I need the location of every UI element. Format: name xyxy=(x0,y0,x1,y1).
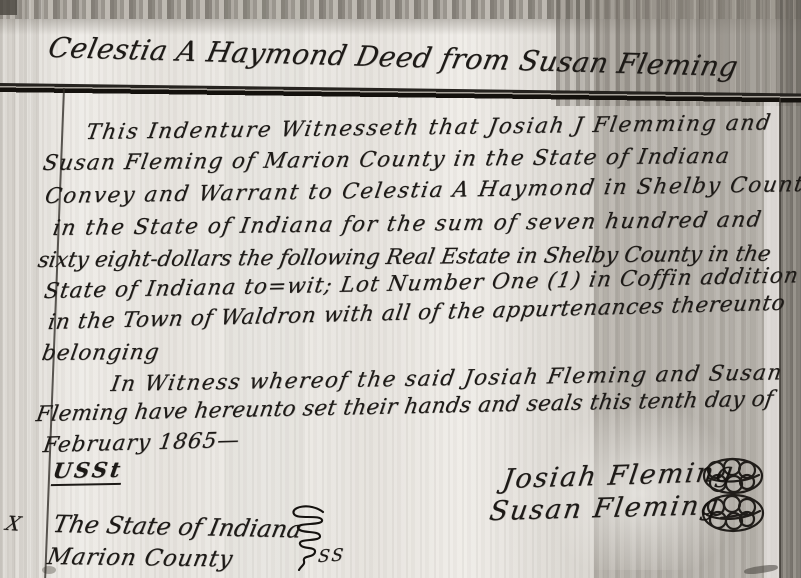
top-left-corner-smudge xyxy=(0,0,17,15)
deed-body-line: Susan Fleming of Marion County in the St… xyxy=(41,145,732,177)
right-margin-line xyxy=(779,98,781,578)
marion-county-line: Marion County xyxy=(45,544,235,573)
bottom-right-smudge xyxy=(744,564,779,576)
stamp-note: USSt xyxy=(51,458,125,486)
witness-line: February 1865— xyxy=(41,429,241,459)
seal-scribble-icon xyxy=(701,456,765,536)
deed-body-line: Convey and Warrant to Celestia A Haymond… xyxy=(43,173,801,210)
top-scan-band xyxy=(0,0,801,19)
deed-body-line: in the State of Indiana for the sum of s… xyxy=(51,208,764,241)
signature-susan-fleming: Susan Fleming xyxy=(487,490,722,527)
title-underline-rule xyxy=(0,83,801,104)
deed-title: Celestia A Haymond Deed from Susan Flemi… xyxy=(45,32,740,83)
ss-notation: SS xyxy=(317,546,346,568)
state-of-indiana-line: The State of Indiana xyxy=(51,511,305,544)
deed-body-line: belonging xyxy=(40,341,162,367)
right-light-strip xyxy=(764,96,779,578)
scanned-deed-page: Celestia A Haymond Deed from Susan Flemi… xyxy=(0,0,801,578)
witness-mark-x: X xyxy=(3,512,23,536)
deed-body-line: This Indenture Witnesseth that Josiah J … xyxy=(84,111,774,145)
